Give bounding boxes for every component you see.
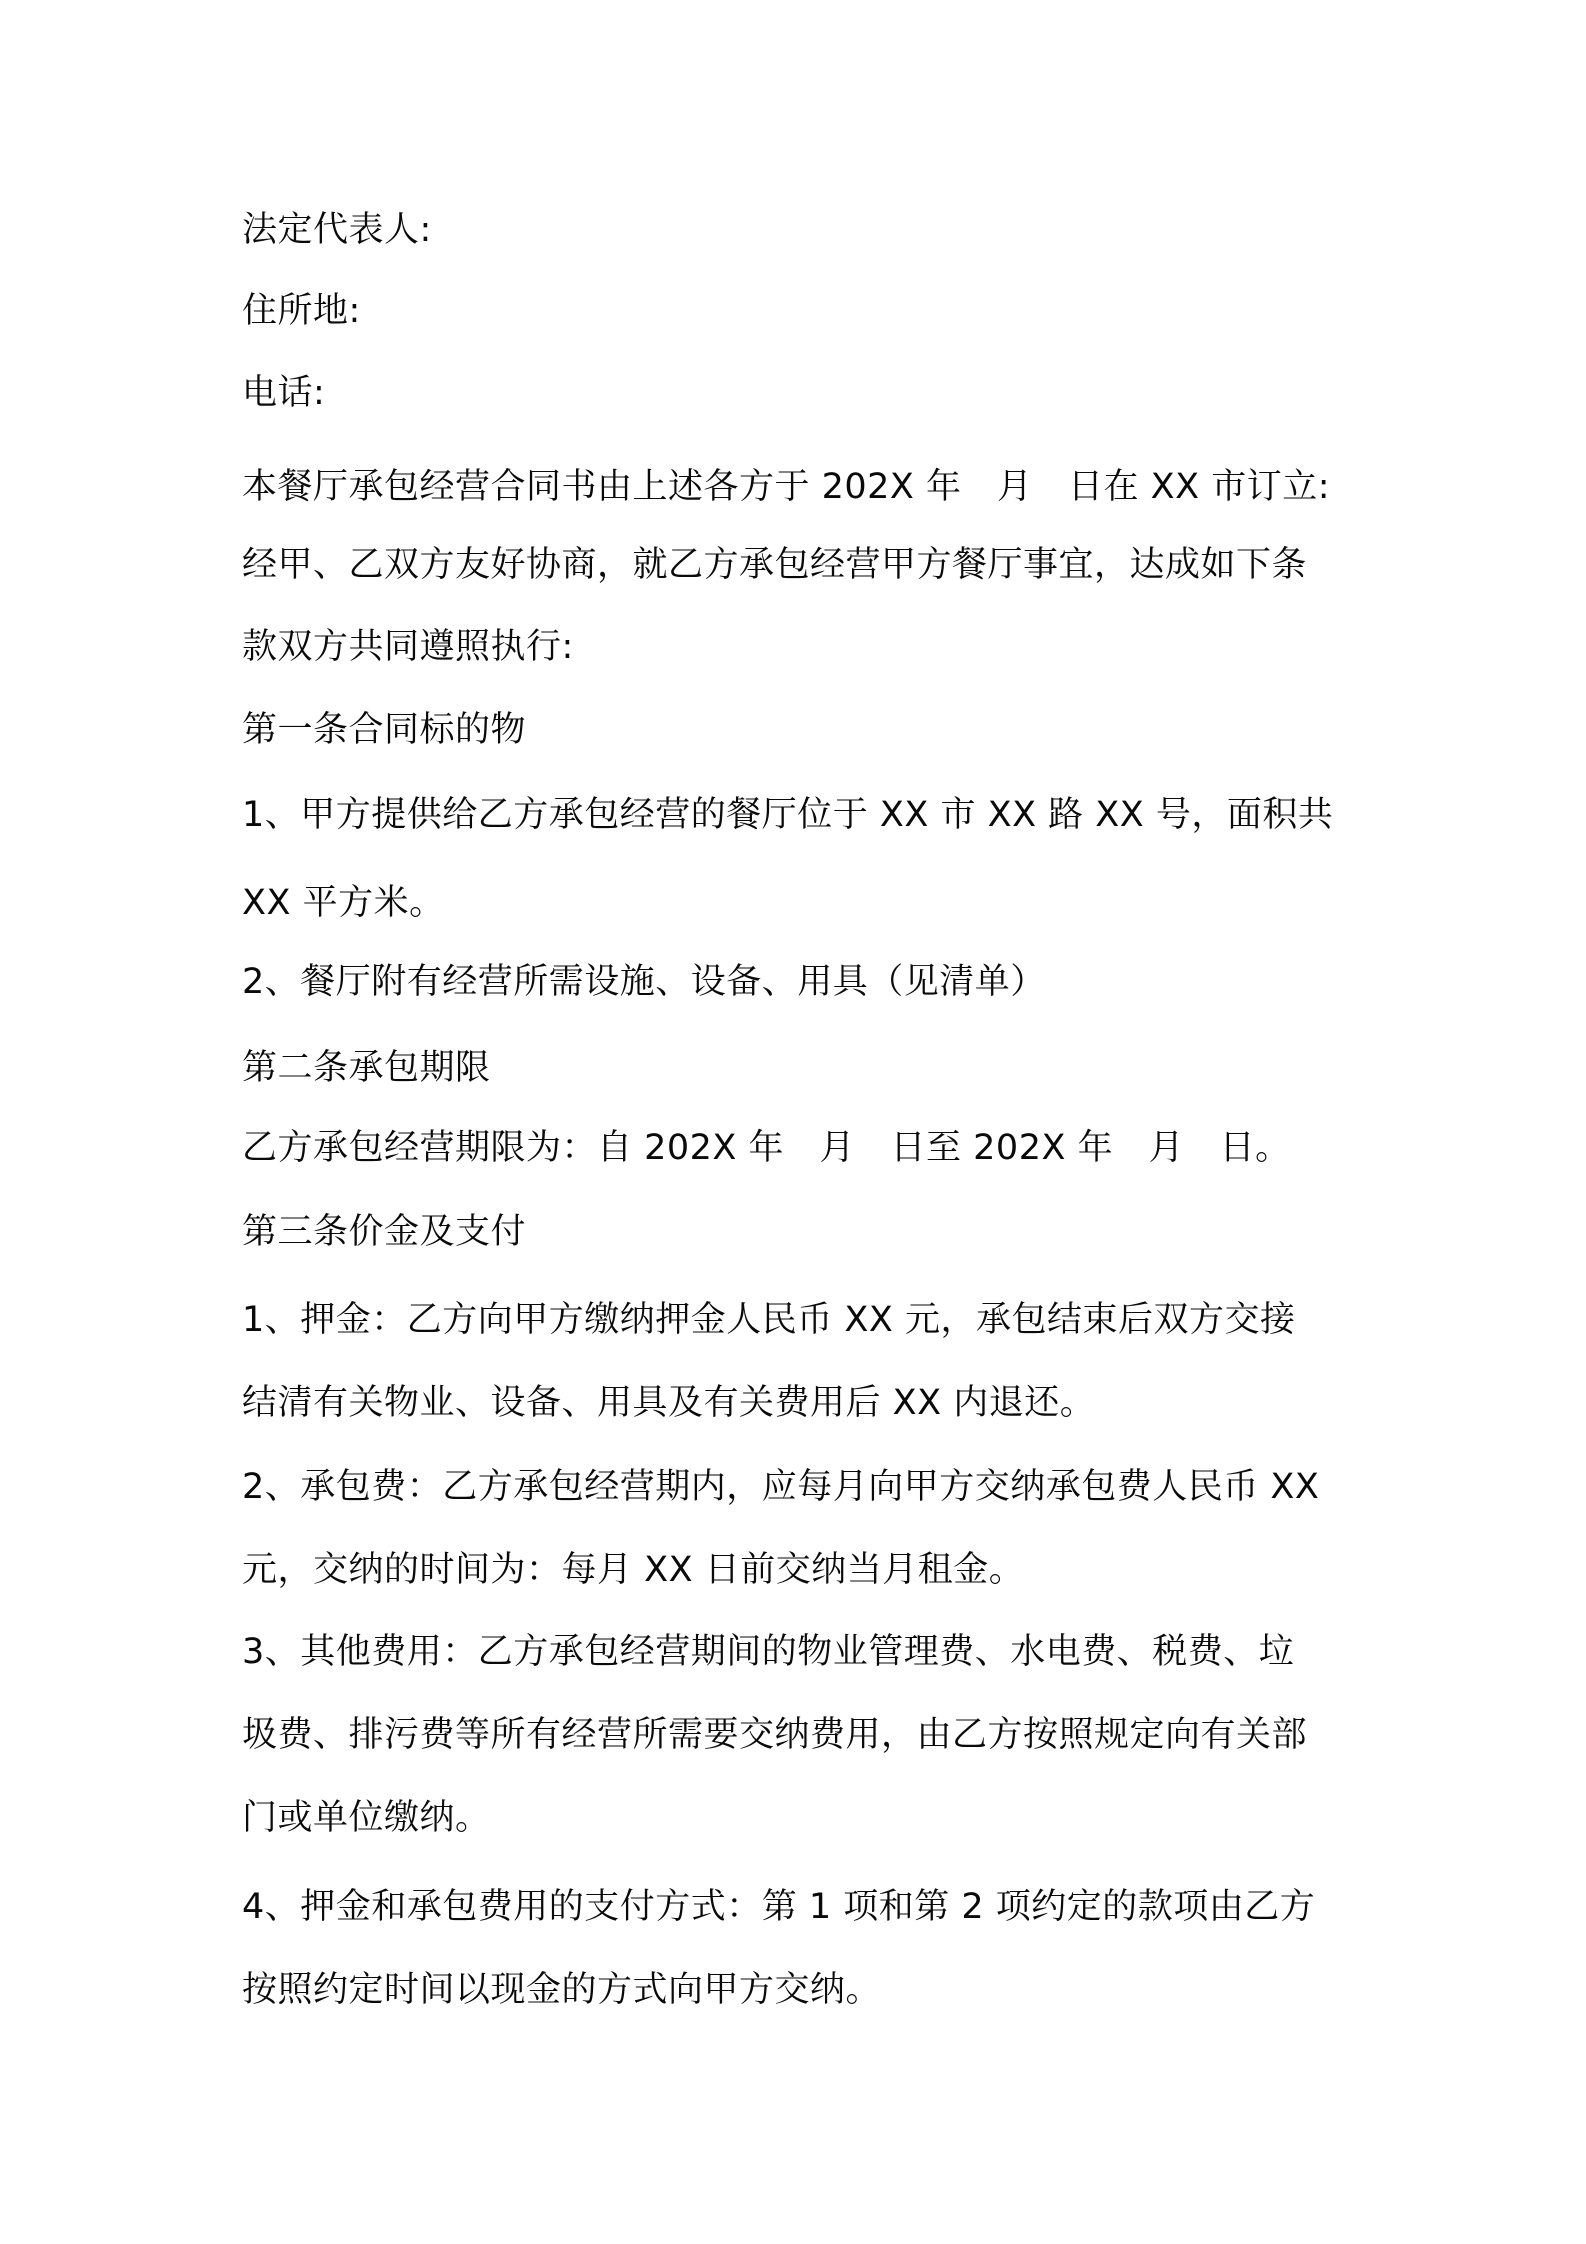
article-1-clause-1-line-1: 1、甲方提供给乙方承包经营的餐厅位于 XX 市 XX 路 XX 号，面积共 [242, 793, 1333, 837]
article-3-clause-3-line-1: 3、其他费用：乙方承包经营期间的物业管理费、水电费、税费、垃 [242, 1630, 1294, 1674]
article-3-clause-4-line-2: 按照约定时间以现金的方式向甲方交纳。 [242, 1968, 881, 2012]
document-page: 法定代表人: 住所地: 电话: 本餐厅承包经营合同书由上述各方于 202X 年 … [0, 0, 1586, 2244]
preamble-line-3: 款双方共同遵照执行: [242, 625, 574, 669]
article-3-clause-1-line-2: 结清有关物业、设备、用具及有关费用后 XX 内退还。 [242, 1381, 1095, 1425]
preamble-line-1: 本餐厅承包经营合同书由上述各方于 202X 年 月 日在 XX 市订立: [242, 465, 1330, 509]
address-label: 住所地: [242, 289, 361, 333]
article-3-clause-3-line-2: 圾费、排污费等所有经营所需要交纳费用，由乙方按照规定向有关部 [242, 1713, 1307, 1757]
article-1-heading: 第一条合同标的物 [242, 708, 526, 752]
article-3-clause-4-line-1: 4、押金和承包费用的支付方式：第 1 项和第 2 项约定的款项由乙方 [242, 1885, 1315, 1929]
legal-representative-label: 法定代表人: [242, 208, 432, 252]
phone-label: 电话: [242, 371, 325, 415]
preamble-line-2: 经甲、乙双方友好协商，就乙方承包经营甲方餐厅事宜，达成如下条 [242, 543, 1307, 587]
article-3-heading: 第三条价金及支付 [242, 1210, 526, 1254]
article-3-clause-2-line-2: 元，交纳的时间为：每月 XX 日前交纳当月租金。 [242, 1548, 1024, 1592]
article-2-heading: 第二条承包期限 [242, 1046, 491, 1090]
article-3-clause-1-line-1: 1、押金：乙方向甲方缴纳押金人民币 XX 元，承包结束后双方交接 [242, 1298, 1295, 1342]
article-1-clause-2: 2、餐厅附有经营所需设施、设备、用具（见清单） [242, 960, 1046, 1004]
article-1-clause-1-line-2: XX 平方米。 [242, 881, 445, 925]
article-3-clause-2-line-1: 2、承包费：乙方承包经营期内，应每月向甲方交纳承包费人民币 XX [242, 1465, 1319, 1509]
article-3-clause-3-line-3: 门或单位缴纳。 [242, 1796, 491, 1840]
article-2-term: 乙方承包经营期限为：自 202X 年 月 日至 202X 年 月 日。 [242, 1126, 1291, 1170]
